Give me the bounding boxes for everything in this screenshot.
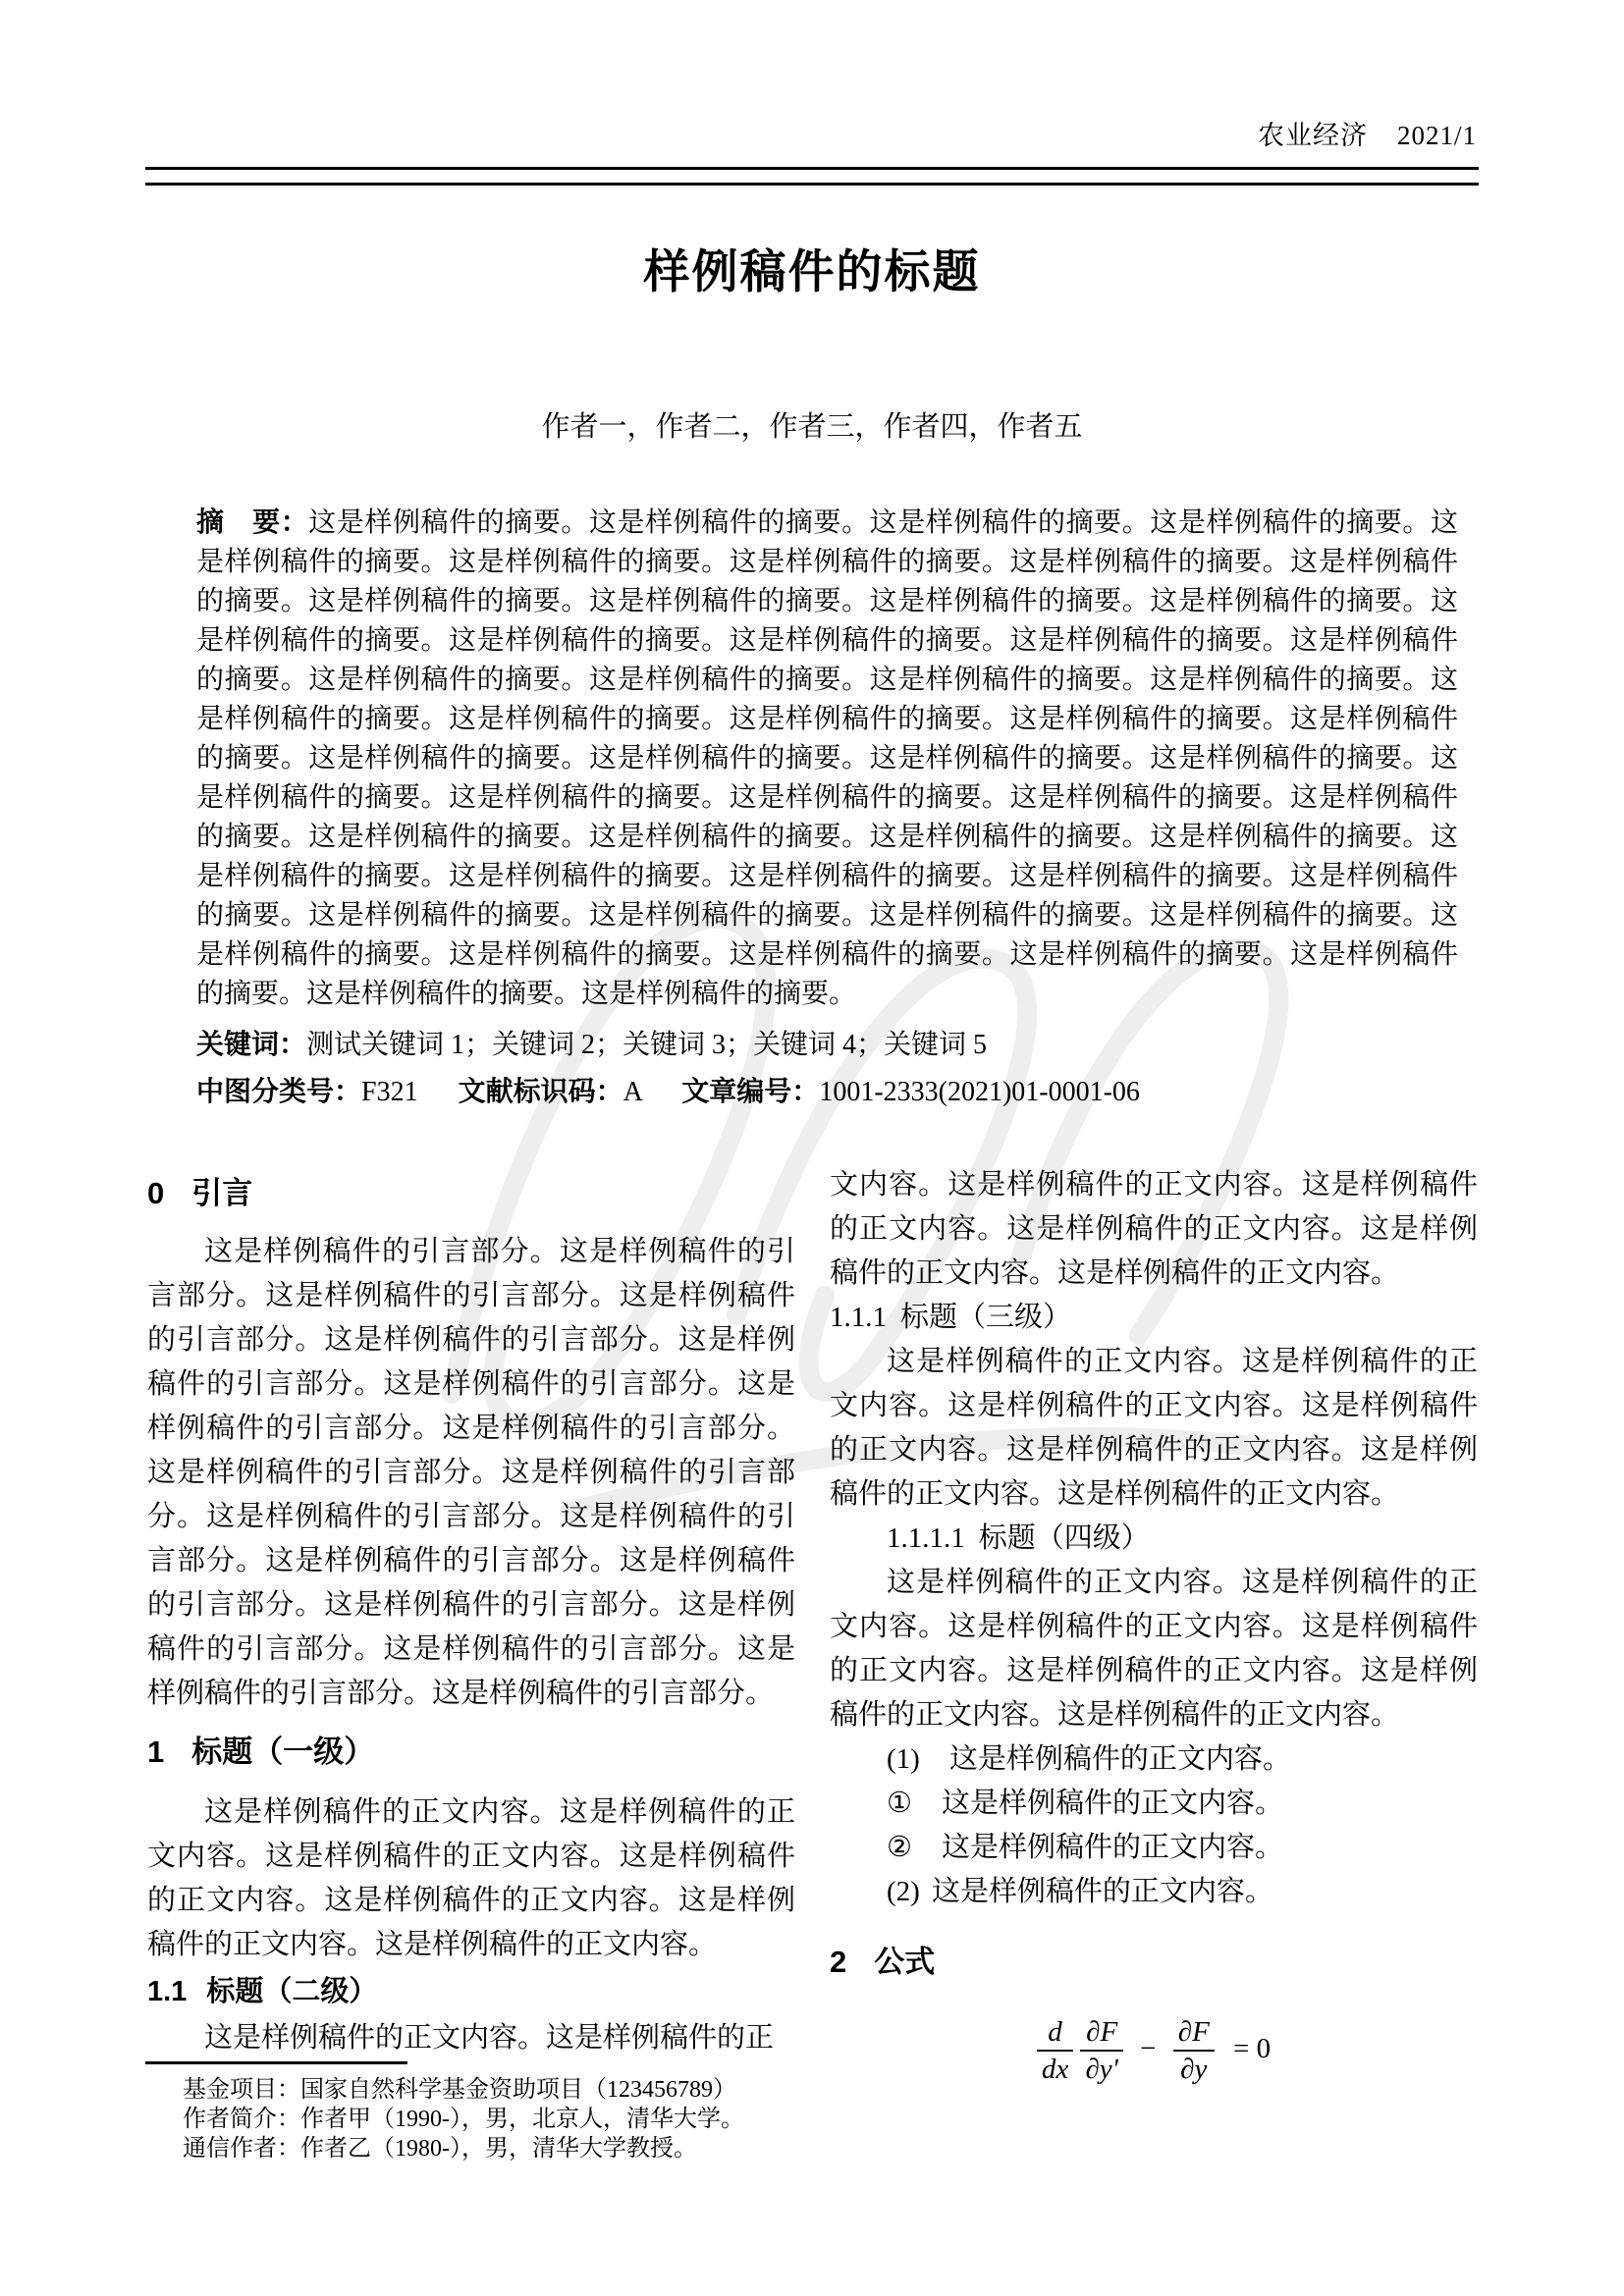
list-item-3-marker: ② [887,1832,912,1863]
header-rule-bottom [145,183,1479,186]
clc-value: F321 [361,1077,418,1107]
keywords-label: 关键词： [196,1029,306,1059]
formula-ddx-numerator: d [1037,2014,1073,2052]
clc-label: 中图分类号： [196,1076,361,1106]
heading-level3: 1.1.1标题（三级） [830,1296,1478,1340]
header-rule-top [145,167,1479,170]
list-item-2: ①这是样例稿件的正文内容。 [830,1782,1478,1826]
article-no-value: 1001-2333(2021)01-0001-06 [819,1077,1140,1107]
section1-paragraph: 这是样例稿件的正文内容。这是样例稿件的正文内容。这是样例稿件的正文内容。这是样例… [147,1790,795,1967]
column-left: 0引言 这是样例稿件的引言部分。这是样例稿件的引言部分。这是样例稿件的引言部分。… [147,1163,795,2060]
heading-level3-title: 标题（三级） [900,1302,1071,1333]
authors-line: 作者一，作者二，作者三，作者四，作者五 [0,404,1624,445]
list-item-1-marker: (1) [887,1743,920,1775]
list-item-4-marker: (2) [887,1876,920,1907]
intro-paragraph: 这是样例稿件的引言部分。这是样例稿件的引言部分。这是样例稿件的引言部分。这是样例… [147,1230,795,1716]
article-no-label: 文章编号： [681,1076,819,1106]
meta-line: 中图分类号：F321 文献标识码：A 文章编号：1001-2333(2021)0… [196,1072,1458,1112]
list-item-4: (2)这是样例稿件的正文内容。 [830,1870,1478,1914]
heading-level1-number: 1 [147,1735,164,1769]
footnote-fund-text: 国家自然科学基金资助项目（123456789） [300,2077,736,2103]
footnote-corresponding-label: 通信作者： [183,2136,300,2162]
heading-formula-number: 2 [830,1945,846,1979]
footnote-corresponding: 通信作者：作者乙（1980-），男，清华大学教授。 [183,2134,1361,2163]
formula-dFdy-numerator: ∂F [1173,2014,1215,2052]
heading-level4-number: 1.1.1.1 [887,1522,965,1554]
footnotes: 基金项目：国家自然科学基金资助项目（123456789） 作者简介：作者甲（19… [183,2075,1361,2163]
heading-level4-title: 标题（四级） [979,1522,1150,1554]
footnote-corresponding-text: 作者乙（1980-），男，清华大学教授。 [300,2136,697,2162]
heading-level3-number: 1.1.1 [830,1302,887,1333]
page: { "header": { "journal": "农业经济", "issue"… [0,0,1624,2296]
list-item-3-text: 这是样例稿件的正文内容。 [942,1832,1283,1863]
footnote-rule [145,2061,407,2064]
heading-level4: 1.1.1.1标题（四级） [830,1517,1478,1561]
heading-formula-title: 公式 [874,1945,935,1979]
footnote-fund: 基金项目：国家自然科学基金资助项目（123456789） [183,2075,1361,2105]
footnote-fund-label: 基金项目： [183,2077,300,2103]
abstract-label: 摘 要： [196,507,308,537]
abstract-block: 摘 要：这是样例稿件的摘要。这是样例稿件的摘要。这是样例稿件的摘要。这是样例稿件… [196,503,1458,1014]
list-item-4-text: 这是样例稿件的正文内容。 [932,1876,1273,1907]
heading-intro: 0引言 [147,1171,795,1216]
footnote-author-bio: 作者简介：作者甲（1990-），男，北京人，清华大学。 [183,2105,1361,2134]
section1-1-1-paragraph: 这是样例稿件的正文内容。这是样例稿件的正文内容。这是样例稿件的正文内容。这是样例… [830,1340,1478,1517]
list-item-1: (1)这是样例稿件的正文内容。 [830,1737,1478,1782]
doc-code-value: A [623,1077,642,1107]
section1-1-1-1-paragraph: 这是样例稿件的正文内容。这是样例稿件的正文内容。这是样例稿件的正文内容。这是样例… [830,1561,1478,1737]
journal-issue: 2021/1 [1397,121,1477,150]
paper-title: 样例稿件的标题 [0,236,1624,301]
formula-dFdyprime-numerator: ∂F [1080,2014,1122,2052]
formula-equals-zero: = 0 [1233,2027,1271,2071]
heading-level1-title: 标题（一级） [191,1735,374,1769]
journal-name: 农业经济 [1258,121,1368,150]
list-item-2-marker: ① [887,1788,912,1819]
heading-level2-title: 标题（二级） [206,1976,377,2007]
doc-code-label: 文献标识码： [459,1076,623,1106]
heading-intro-number: 0 [147,1176,164,1210]
list-item-3: ②这是样例稿件的正文内容。 [830,1826,1478,1870]
heading-level2: 1.1标题（二级） [147,1969,795,2014]
column-right: 文内容。这是样例稿件的正文内容。这是样例稿件的正文内容。这是样例稿件的正文内容。… [830,1163,1478,2087]
section1-1-paragraph-continue: 文内容。这是样例稿件的正文内容。这是样例稿件的正文内容。这是样例稿件的正文内容。… [830,1163,1478,1296]
journal-header: 农业经济2021/1 [1258,114,1477,152]
heading-level1: 1标题（一级） [147,1730,795,1775]
heading-intro-title: 引言 [191,1176,252,1210]
keywords-text: 测试关键词 1；关键词 2；关键词 3；关键词 4；关键词 5 [306,1030,987,1060]
section1-1-paragraph-start: 这是样例稿件的正文内容。这是样例稿件的正 [147,2016,795,2060]
footnote-author-bio-label: 作者简介： [183,2107,300,2132]
list-item-2-text: 这是样例稿件的正文内容。 [942,1788,1283,1819]
list-item-1-text: 这是样例稿件的正文内容。 [949,1743,1291,1775]
formula-minus-sign: − [1140,2027,1156,2071]
heading-formula: 2公式 [830,1940,1478,1985]
keywords-line: 关键词：测试关键词 1；关键词 2；关键词 3；关键词 4；关键词 5 [196,1025,1458,1065]
abstract-text: 这是样例稿件的摘要。这是样例稿件的摘要。这是样例稿件的摘要。这是样例稿件的摘要。… [196,507,1458,1009]
heading-level2-number: 1.1 [147,1976,187,2007]
footnote-author-bio-text: 作者甲（1990-），男，北京人，清华大学。 [300,2107,744,2132]
